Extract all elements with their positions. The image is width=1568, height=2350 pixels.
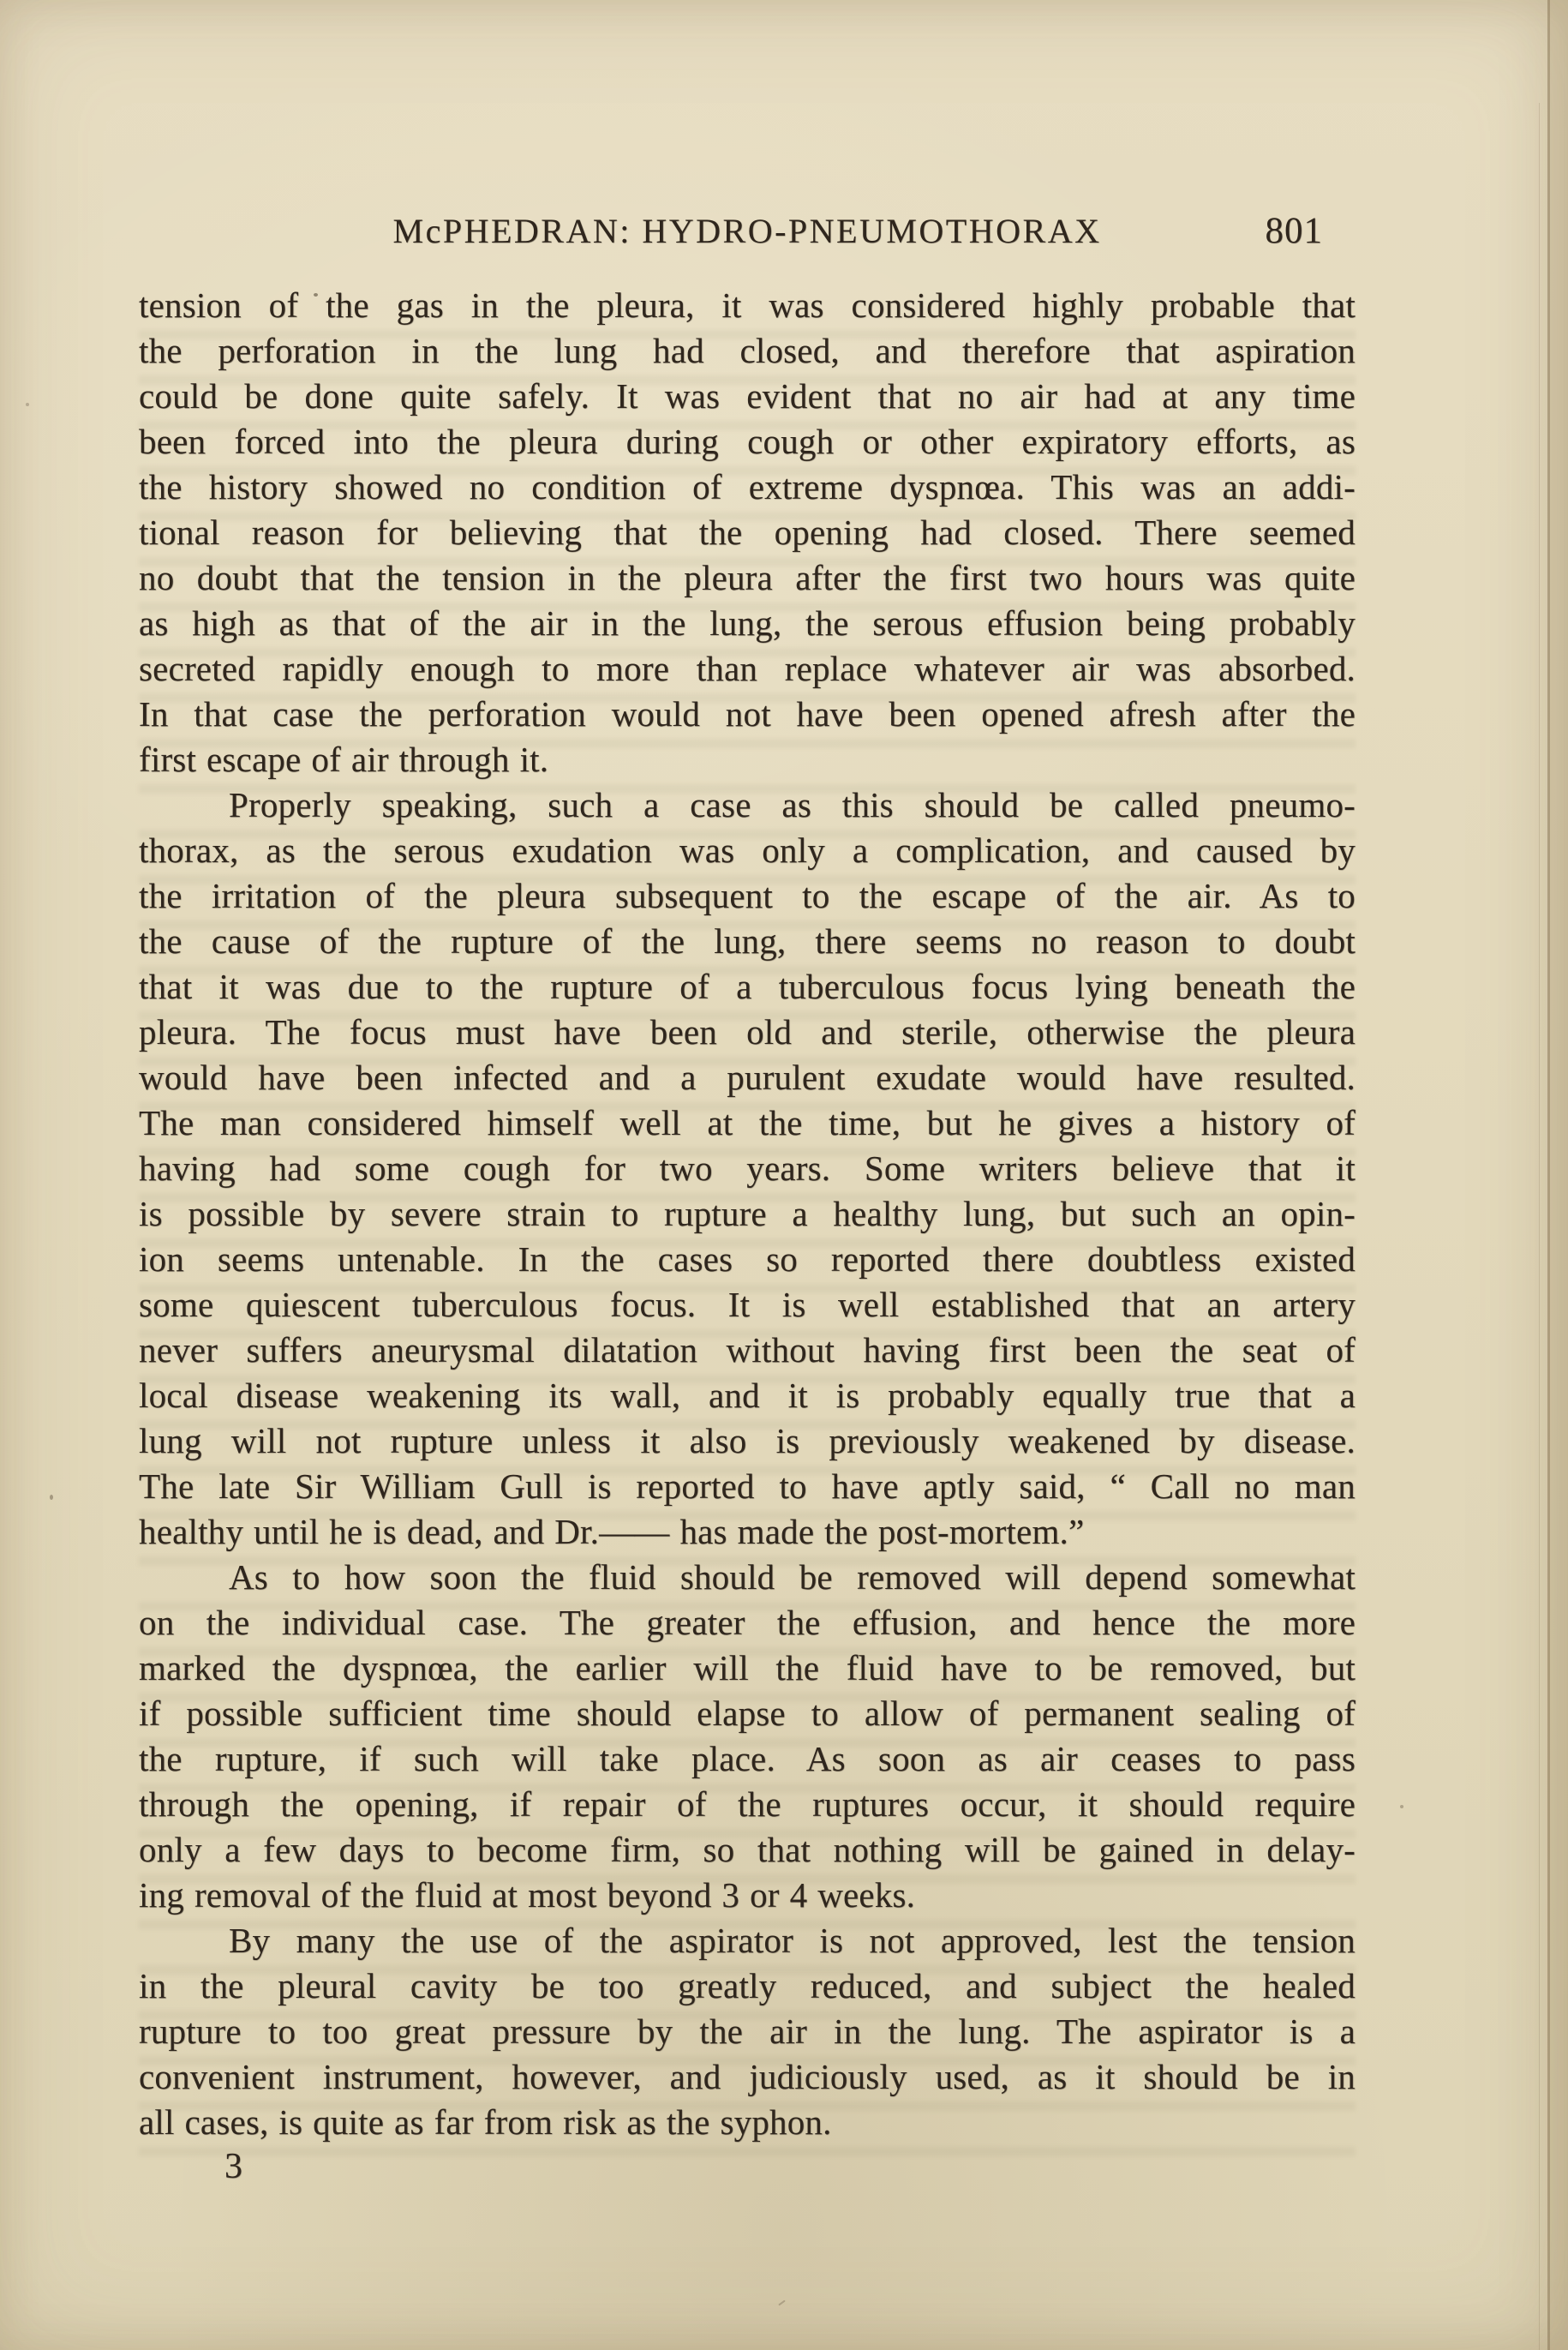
text-line: only a few days to become firm, so that …	[139, 1827, 1356, 1873]
text-line: The late Sir William Gull is reported to…	[139, 1464, 1356, 1509]
text-line: ing removal of the fluid at most beyond …	[139, 1873, 1356, 1918]
text-line: the rupture, if such will take place. As…	[139, 1736, 1356, 1782]
text-line: pleura. The focus must have been old and…	[139, 1010, 1356, 1055]
text-line: Properly speaking, such a case as this s…	[139, 782, 1356, 828]
text-line: local disease weakening its wall, and it…	[139, 1373, 1356, 1418]
text-line: convenient instrument, however, and judi…	[139, 2054, 1356, 2100]
text-line: thorax, as the serous exudation was only…	[139, 828, 1356, 873]
running-header: McPHEDRAN: HYDRO-PNEUMOTHORAX 801	[139, 208, 1356, 254]
text-line: rupture to too great pressure by the air…	[139, 2009, 1356, 2054]
signature-mark: 3	[224, 2144, 242, 2190]
paragraph: By many the use of the aspirator is not …	[139, 1918, 1356, 2145]
paper-speck	[1400, 1805, 1403, 1808]
text-line: marked the dyspnœa, the earlier will the…	[139, 1646, 1356, 1691]
text-line: could be done quite safely. It was evide…	[139, 374, 1356, 419]
text-line: as high as that of the air in the lung, …	[139, 601, 1356, 646]
page-number: 801	[1266, 208, 1324, 254]
text-line: that it was due to the rupture of a tube…	[139, 964, 1356, 1010]
text-line: if possible sufficient time should elaps…	[139, 1691, 1356, 1736]
text-line: is possible by severe strain to rupture …	[139, 1191, 1356, 1237]
text-line: the perforation in the lung had closed, …	[139, 328, 1356, 374]
text-line: first escape of air through it.	[139, 737, 1356, 782]
text-line: having had some cough for two years. Som…	[139, 1146, 1356, 1191]
text-line: the irritation of the pleura subsequent …	[139, 873, 1356, 919]
text-line: tension of the gas in the pleura, it was…	[139, 283, 1356, 328]
text-line: all cases, is quite as far from risk as …	[139, 2100, 1356, 2145]
text-line: been forced into the pleura during cough…	[139, 419, 1356, 465]
text-line: healthy until he is dead, and Dr.—— has …	[139, 1509, 1356, 1555]
body-text: tension of the gas in the pleura, it was…	[139, 283, 1356, 2145]
text-line: ion seems untenable. In the cases so rep…	[139, 1237, 1356, 1282]
text-line: on the individual case. The greater the …	[139, 1600, 1356, 1646]
text-line: the history showed no condition of extre…	[139, 465, 1356, 510]
text-line: secreted rapidly enough to more than rep…	[139, 646, 1356, 692]
text-line: In that case the perforation would not h…	[139, 692, 1356, 737]
paper-speck	[778, 2300, 786, 2306]
paragraph: Properly speaking, such a case as this s…	[139, 782, 1356, 1555]
paragraph: tension of the gas in the pleura, it was…	[139, 283, 1356, 782]
paper-speck	[50, 1495, 53, 1500]
text-line: in the pleural cavity be too greatly red…	[139, 1963, 1356, 2009]
text-line: lung will not rupture unless it also is …	[139, 1418, 1356, 1464]
text-line: the cause of the rupture of the lung, th…	[139, 919, 1356, 964]
text-line: tional reason for believing that the ope…	[139, 510, 1356, 555]
text-line: through the opening, if repair of the ru…	[139, 1782, 1356, 1827]
page-crease-line	[1539, 103, 1540, 2350]
paragraph: As to how soon the fluid should be remov…	[139, 1555, 1356, 1918]
text-line: As to how soon the fluid should be remov…	[139, 1555, 1356, 1600]
page-edge-band	[1550, 0, 1568, 2350]
text-line: some quiescent tuberculous focus. It is …	[139, 1282, 1356, 1328]
text-line: The man considered himself well at the t…	[139, 1100, 1356, 1146]
text-line: By many the use of the aspirator is not …	[139, 1918, 1356, 1963]
paper-speck	[26, 403, 29, 406]
text-line: would have been infected and a purulent …	[139, 1055, 1356, 1100]
text-line: no doubt that the tension in the pleura …	[139, 555, 1356, 601]
text-line: never suffers aneurysmal dilatation with…	[139, 1328, 1356, 1373]
scanned-book-page: McPHEDRAN: HYDRO-PNEUMOTHORAX 801 tensio…	[0, 0, 1568, 2350]
running-header-title: McPHEDRAN: HYDRO-PNEUMOTHORAX	[393, 212, 1102, 250]
